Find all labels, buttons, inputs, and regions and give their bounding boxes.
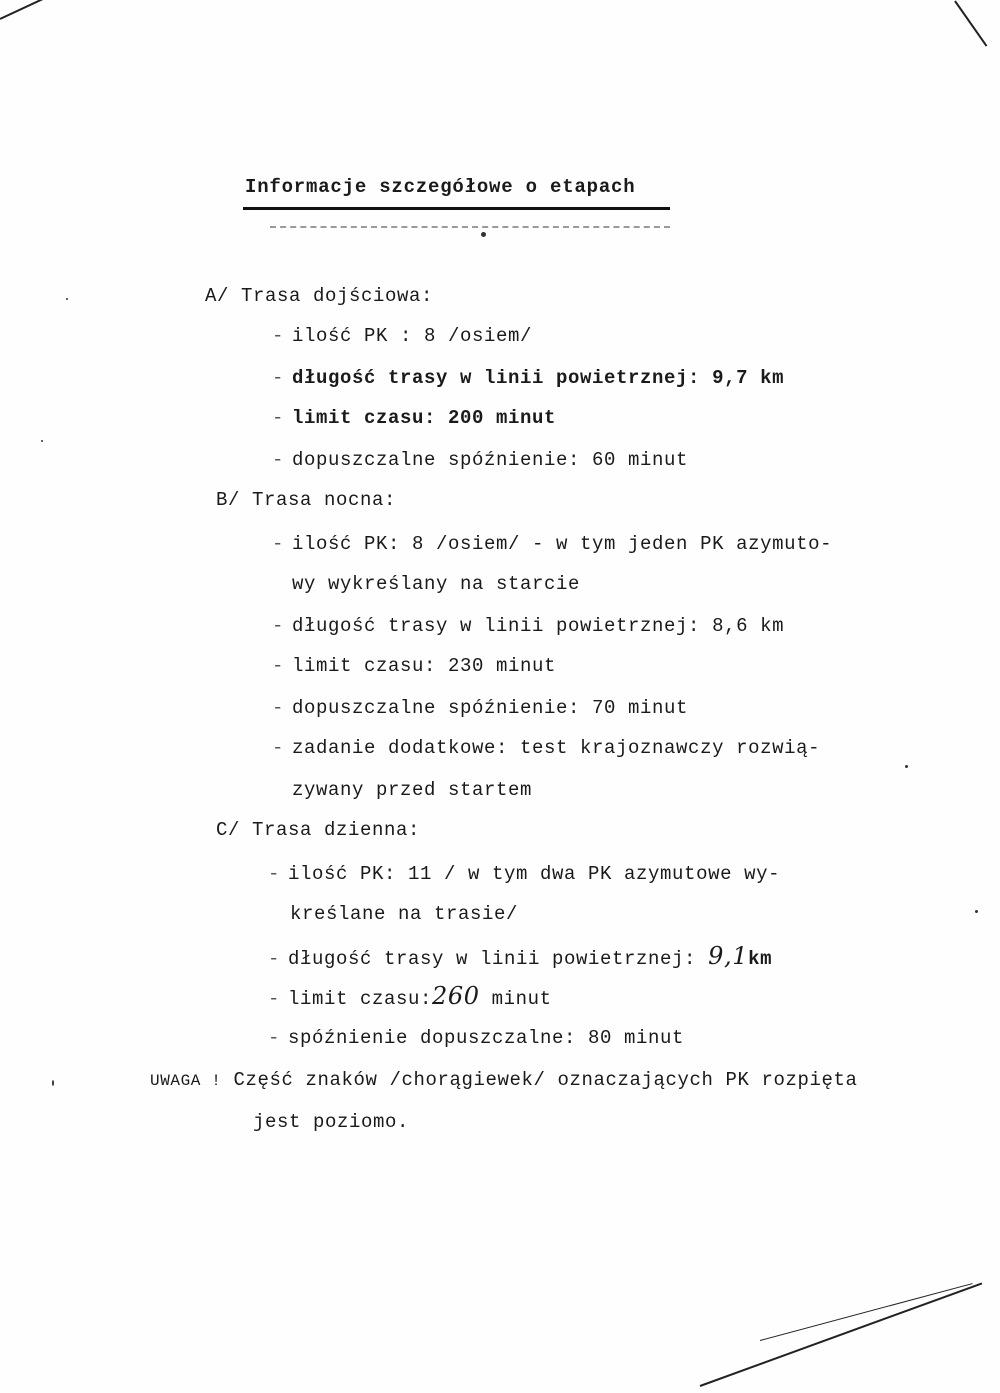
scan-speckle: [481, 232, 486, 237]
scan-speckle: [66, 298, 68, 300]
scan-artifact-top-left: [0, 0, 64, 20]
item-text-continuation: kreślane na trasie/: [290, 903, 518, 925]
bullet-dash: -: [268, 947, 288, 971]
item-text: długość trasy w linii powietrznej: 8,6 k…: [292, 615, 784, 637]
item-text: spóźnienie dopuszczalne: 80 minut: [288, 1027, 684, 1049]
scan-artifact-top-right: [954, 0, 987, 46]
bullet-dash: -: [272, 532, 292, 556]
section-b-label: B/: [216, 489, 240, 511]
bullet-dash: -: [272, 324, 292, 348]
item-text: dopuszczalne spóźnienie: 60 minut: [292, 449, 688, 471]
section-a-item-4: -dopuszczalne spóźnienie: 60 minut: [272, 448, 688, 472]
section-c-heading: C/ Trasa dzienna:: [216, 818, 420, 842]
item-text: limit czasu: 230 minut: [292, 655, 556, 677]
section-b-item-2: -długość trasy w linii powietrznej: 8,6 …: [272, 614, 784, 638]
note-line-1: UWAGA ! Część znaków /chorągiewek/ oznac…: [150, 1068, 858, 1093]
item-text: limit czasu: 200 minut: [292, 407, 556, 429]
item-text: dopuszczalne spóźnienie: 70 minut: [292, 697, 688, 719]
section-b-item-1: -ilość PK: 8 /osiem/ - w tym jeden PK az…: [272, 532, 832, 556]
item-text: limit czasu:: [288, 988, 432, 1010]
scan-artifact-bottom-right-2: [760, 1283, 973, 1341]
bullet-dash: -: [272, 366, 292, 390]
section-b-item-1-cont: wy wykreślany na starcie: [292, 572, 580, 596]
note-continuation: jest poziomo.: [253, 1111, 409, 1133]
scan-artifact-bottom-right: [700, 1282, 983, 1386]
section-a-label: A/: [205, 285, 229, 307]
bullet-dash: -: [272, 614, 292, 638]
bullet-dash: -: [268, 1026, 288, 1050]
item-text: ilość PK: 11 / w tym dwa PK azymutowe wy…: [288, 863, 780, 885]
section-b-item-5: -zadanie dodatkowe: test krajoznawczy ro…: [272, 736, 820, 760]
scan-speckle: [905, 765, 908, 768]
section-b-item-3: -limit czasu: 230 minut: [272, 654, 556, 678]
item-text: ilość PK : 8 /osiem/: [292, 325, 532, 347]
note-text: Część znaków /chorągiewek/ oznaczających…: [233, 1069, 857, 1091]
section-c-item-3: -limit czasu:260 minut: [268, 984, 552, 1011]
bullet-dash: -: [268, 987, 288, 1011]
section-c-title: Trasa dzienna:: [252, 819, 420, 841]
bullet-dash: -: [268, 862, 288, 886]
item-text: długość trasy w linii powietrznej: 9,7 k…: [292, 367, 784, 389]
bullet-dash: -: [272, 448, 292, 472]
section-c-item-1: -ilość PK: 11 / w tym dwa PK azymutowe w…: [268, 862, 780, 886]
section-b-item-5-cont: zywany przed startem: [292, 778, 532, 802]
scan-speckle: [41, 440, 43, 442]
section-a-item-3: -limit czasu: 200 minut: [272, 406, 556, 430]
section-c-item-1-cont: kreślane na trasie/: [290, 902, 518, 926]
item-unit: minut: [492, 988, 552, 1010]
note-line-2: jest poziomo.: [253, 1110, 409, 1134]
document-page: Informacje szczegółowe o etapach A/ Tras…: [0, 0, 1000, 1393]
title-underline: [243, 207, 670, 210]
scan-speckle: [975, 910, 978, 913]
item-text-continuation: wy wykreślany na starcie: [292, 573, 580, 595]
item-text: zadanie dodatkowe: test krajoznawczy roz…: [292, 737, 820, 759]
section-c-label: C/: [216, 819, 240, 841]
section-b-heading: B/ Trasa nocna:: [216, 488, 396, 512]
bullet-dash: -: [272, 696, 292, 720]
title-underline-dashed: [270, 226, 670, 228]
note-label: UWAGA !: [150, 1072, 221, 1090]
item-text: długość trasy w linii powietrznej:: [288, 948, 696, 970]
section-a-title: Trasa dojściowa:: [241, 285, 433, 307]
bullet-dash: -: [272, 406, 292, 430]
item-unit: km: [748, 948, 772, 970]
section-b-title: Trasa nocna:: [252, 489, 396, 511]
section-a-item-2: -długość trasy w linii powietrznej: 9,7 …: [272, 366, 784, 390]
section-c-item-2: -długość trasy w linii powietrznej: 9,1k…: [268, 944, 772, 971]
section-c-item-4: -spóźnienie dopuszczalne: 80 minut: [268, 1026, 684, 1050]
section-a-item-1: -ilość PK : 8 /osiem/: [272, 324, 532, 348]
scan-speckle: [52, 1080, 54, 1086]
section-b-item-4: -dopuszczalne spóźnienie: 70 minut: [272, 696, 688, 720]
handwritten-value: 9,1: [708, 942, 748, 970]
handwritten-value: 260: [432, 982, 480, 1010]
section-a-heading: A/ Trasa dojściowa:: [205, 284, 433, 308]
bullet-dash: -: [272, 654, 292, 678]
bullet-dash: -: [272, 736, 292, 760]
item-text: ilość PK: 8 /osiem/ - w tym jeden PK azy…: [292, 533, 832, 555]
document-title: Informacje szczegółowe o etapach: [245, 176, 635, 198]
item-text-continuation: zywany przed startem: [292, 779, 532, 801]
